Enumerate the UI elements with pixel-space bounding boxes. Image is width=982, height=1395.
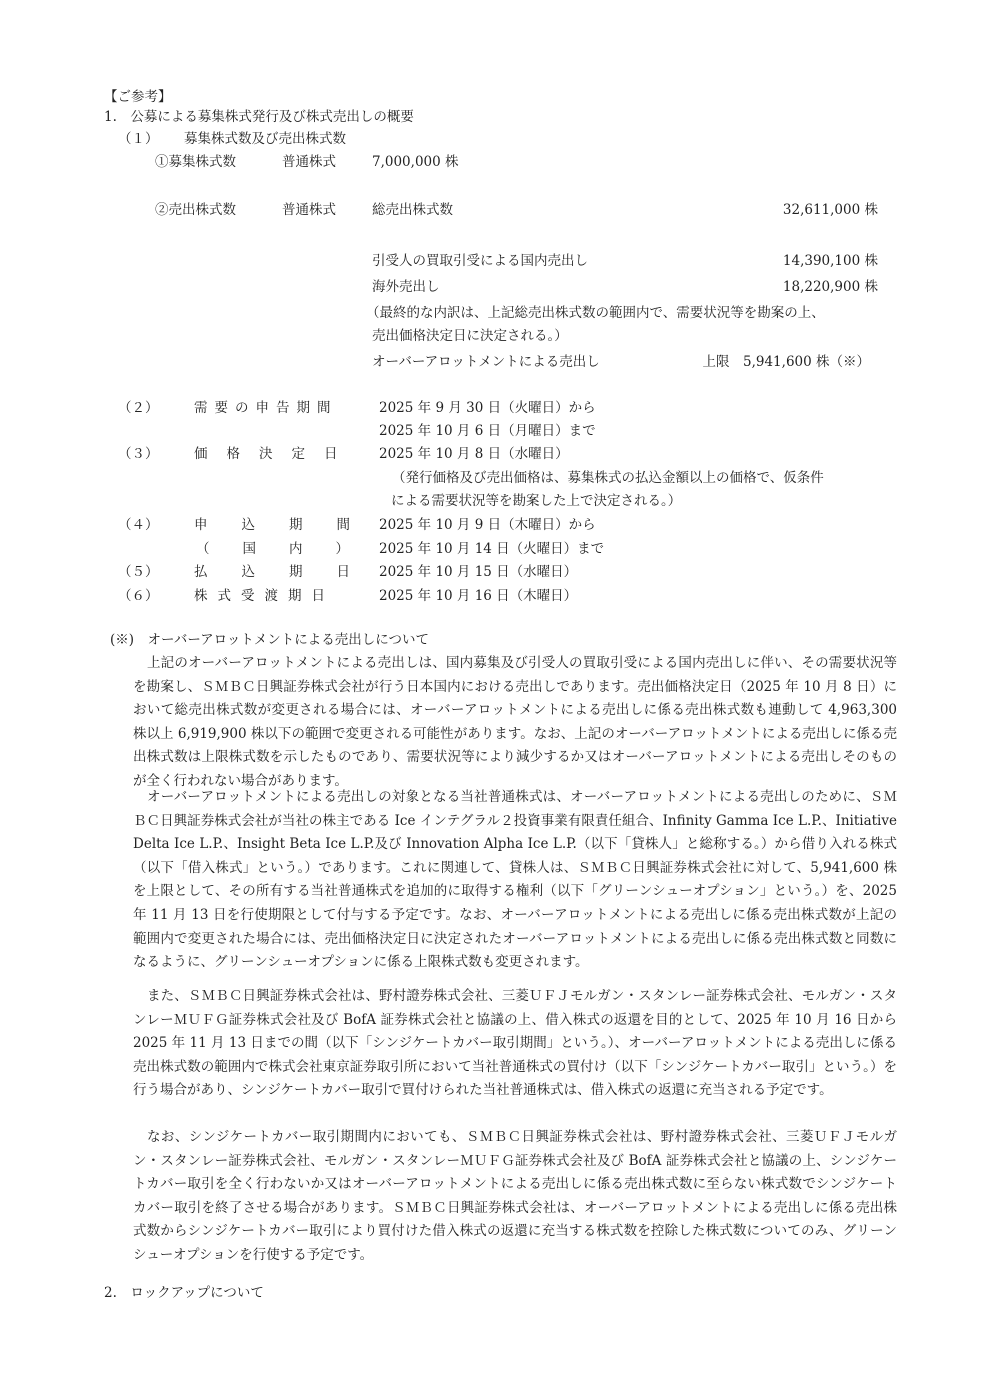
offering-shares-label: ①募集株式数 xyxy=(155,152,236,172)
note-paragraph-2: オーバーアロットメントによる売出しの対象となる当社普通株式は、オーバーアロットメ… xyxy=(133,786,897,975)
schedule-2-line-1: 2025 年 9 月 30 日（火曜日）から xyxy=(379,398,596,418)
schedule-6-line-1: 2025 年 10 月 16 日（木曜日） xyxy=(379,586,577,606)
schedule-2-label: 需要の申告期間 xyxy=(194,398,338,418)
offering-shares-value: 7,000,000 株 xyxy=(372,152,459,172)
sale-shares-label: ②売出株式数 xyxy=(155,200,236,220)
breakdown-note-line-2: 売出価格決定日に決定される。） xyxy=(372,326,568,346)
schedule-3-note-2: による需要状況等を勘案した上で決定される。） xyxy=(391,491,681,511)
overallotment-label: オーバーアロットメントによる売出し xyxy=(372,352,600,372)
section-1-title: 1. 公募による募集株式発行及び株式売出しの概要 xyxy=(104,107,414,127)
schedule-5-line-1: 2025 年 10 月 15 日（水曜日） xyxy=(379,562,577,582)
schedule-5-label: 払込期日 xyxy=(194,562,384,582)
schedule-4-label: 申込期間 xyxy=(194,515,384,535)
sale-shares-type: 普通株式 xyxy=(282,200,336,220)
schedule-3-line-1: 2025 年 10 月 8 日（水曜日） xyxy=(379,444,569,464)
note-paragraph-1: 上記のオーバーアロットメントによる売出しは、国内募集及び引受人の買取引受による国… xyxy=(133,652,897,794)
offering-shares-type: 普通株式 xyxy=(282,152,336,172)
schedule-6-number: （６） xyxy=(118,586,159,606)
schedule-2-number: （２） xyxy=(118,398,159,418)
schedule-4-line-1: 2025 年 10 月 9 日（木曜日）から xyxy=(379,515,596,535)
schedule-3-label: 価格決定日 xyxy=(194,444,357,464)
reference-heading: 【ご参考】 xyxy=(104,87,172,107)
overallotment-value: 上限 5,941,600 株（※） xyxy=(703,352,871,372)
schedule-3-number: （３） xyxy=(118,444,159,464)
schedule-4-sublabel: （国内） xyxy=(196,539,382,559)
schedule-6-label: 株式受渡期日 xyxy=(194,586,335,606)
domestic-sale-label: 引受人の買取引受による国内売出し xyxy=(372,251,588,271)
schedule-4-line-2: 2025 年 10 月 14 日（火曜日）まで xyxy=(379,539,604,559)
domestic-sale-value: 14,390,100 株 xyxy=(783,251,878,271)
overallotment-note-title: (※) オーバーアロットメントによる売出しについて xyxy=(110,630,429,650)
note-paragraph-4: なお、シンジケートカバー取引期間内においても、ＳＭＢＣ日興証券株式会社は、野村證… xyxy=(133,1126,897,1268)
total-sale-value: 32,611,000 株 xyxy=(783,200,878,220)
overseas-sale-label: 海外売出し xyxy=(372,277,440,297)
section-2-title: 2. ロックアップについて xyxy=(104,1283,264,1303)
total-sale-label: 総売出株式数 xyxy=(372,200,453,220)
schedule-5-number: （５） xyxy=(118,562,159,582)
schedule-3-note-1: （発行価格及び売出価格は、募集株式の払込金額以上の価格で、仮条件 xyxy=(392,468,824,488)
note-paragraph-3: また、ＳＭＢＣ日興証券株式会社は、野村證券株式会社、三菱ＵＦＪモルガン・スタンレ… xyxy=(133,985,897,1103)
schedule-2-line-2: 2025 年 10 月 6 日（月曜日）まで xyxy=(379,421,596,441)
schedule-4-number: （４） xyxy=(118,515,159,535)
overseas-sale-value: 18,220,900 株 xyxy=(783,277,878,297)
breakdown-note-line-1: （最終的な内訳は、上記総売出株式数の範囲内で、需要状況等を勘案の上、 xyxy=(366,303,825,323)
subsection-1-title: 募集株式数及び売出株式数 xyxy=(184,129,346,149)
subsection-1-number: （１） xyxy=(118,129,159,149)
